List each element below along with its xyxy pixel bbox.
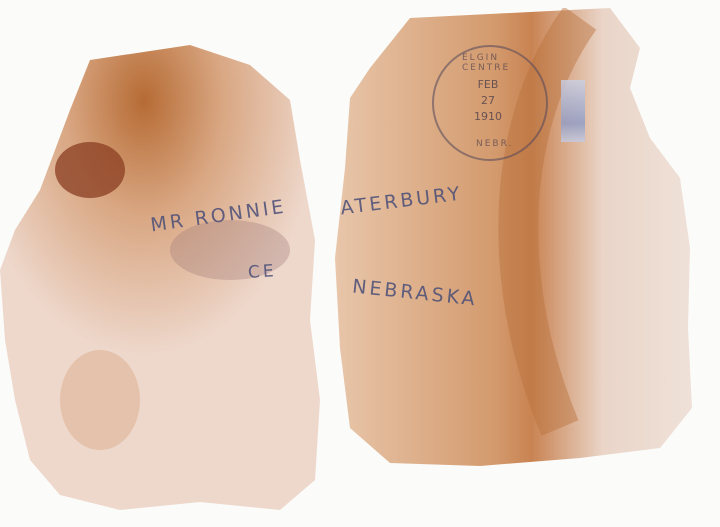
postmark-cancellation: ELGIN CENTRE FEB 27 1910 NEBR. xyxy=(432,45,548,161)
postage-stamp-remnant xyxy=(561,80,585,142)
address-line-left: CE xyxy=(247,261,277,283)
postmark-ring-text: ELGIN CENTRE xyxy=(462,53,546,73)
left-envelope-fragment xyxy=(0,40,330,520)
postmark-state: NEBR. xyxy=(476,139,513,149)
postmark-date: FEB 27 1910 xyxy=(474,77,502,125)
